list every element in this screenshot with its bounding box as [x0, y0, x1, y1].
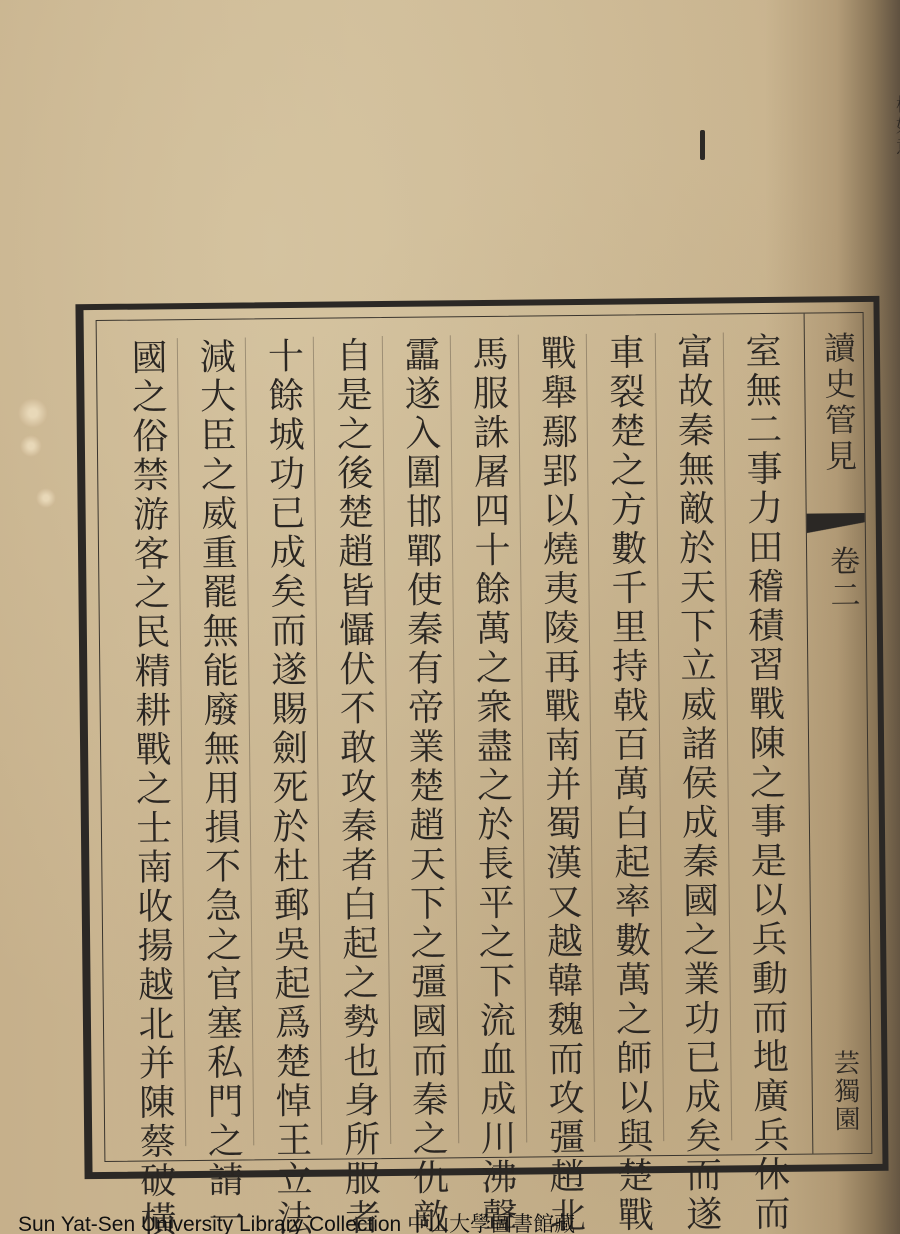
- publisher-label: 芸獨園: [826, 1049, 864, 1133]
- text-column-2: 富故秦無敵於天下立威諸侯成秦國之業功已成矣而遂以: [661, 332, 732, 1141]
- text-column-9: 減大臣之威重罷無能廢無用損不急之官塞私門之請一楚: [183, 337, 254, 1146]
- text-column-4: 戰舉鄢郢以燒夷陵再戰南并蜀漢又越韓魏而攻彊趙北阬: [524, 334, 595, 1143]
- worm-hole: [36, 488, 56, 508]
- printed-frame: 室無二事力田稽積習戰陳之事是以兵動而地廣兵休而國 富故秦無敵於天下立威諸侯成秦國…: [75, 296, 888, 1179]
- text-column-1: 室無二事力田稽積習戰陳之事是以兵動而地廣兵休而國: [729, 332, 799, 1141]
- margin-note-column: 橫如意: [892, 95, 900, 434]
- main-text: 室無二事力田稽積習戰陳之事是以兵動而地廣兵休而國 富故秦無敵於天下立威諸侯成秦國…: [115, 332, 799, 1147]
- worm-hole: [20, 435, 42, 457]
- text-column-8: 十餘城功已成矣而遂賜劍死於杜郵吳起爲楚悼王立法卑: [251, 337, 322, 1146]
- volume-label: 卷二: [819, 545, 864, 613]
- scanned-book-page: �António一白起又帶一范 蠡筆舌之工無不縱 橫如意 室無二事力田稽積習戰陳…: [0, 0, 900, 1234]
- inner-border: 室無二事力田稽積習戰陳之事是以兵動而地廣兵休而國 富故秦無敵於天下立威諸侯成秦國…: [96, 312, 873, 1162]
- text-column-3: 車裂楚之方數千里持戟百萬白起率數萬之師以與楚戰一: [592, 333, 663, 1142]
- text-column-10: 國之俗禁游客之民精耕戰之士南收揚越北并陳蔡破橫散: [115, 338, 186, 1147]
- text-column-6: 靁遂入圍邯鄲使秦有帝業楚趙天下之彊國而秦之仇敵也: [388, 335, 459, 1144]
- text-column-5: 馬服誅屠四十餘萬之衆盡之於長平之下流血成川沸聲若: [456, 335, 527, 1144]
- library-caption: Sun Yat-Sen University Library Collectio…: [18, 1208, 575, 1234]
- banxin-center-fold: 讀史管見 卷二 芸獨園: [804, 313, 872, 1154]
- book-title: 讀史管見: [815, 331, 863, 475]
- text-column-7: 自是之後楚趙皆懾伏不敢攻秦者白起之勢也身所服者七: [319, 336, 390, 1145]
- worm-hole: [18, 398, 48, 428]
- fishtail-mark: [807, 513, 865, 542]
